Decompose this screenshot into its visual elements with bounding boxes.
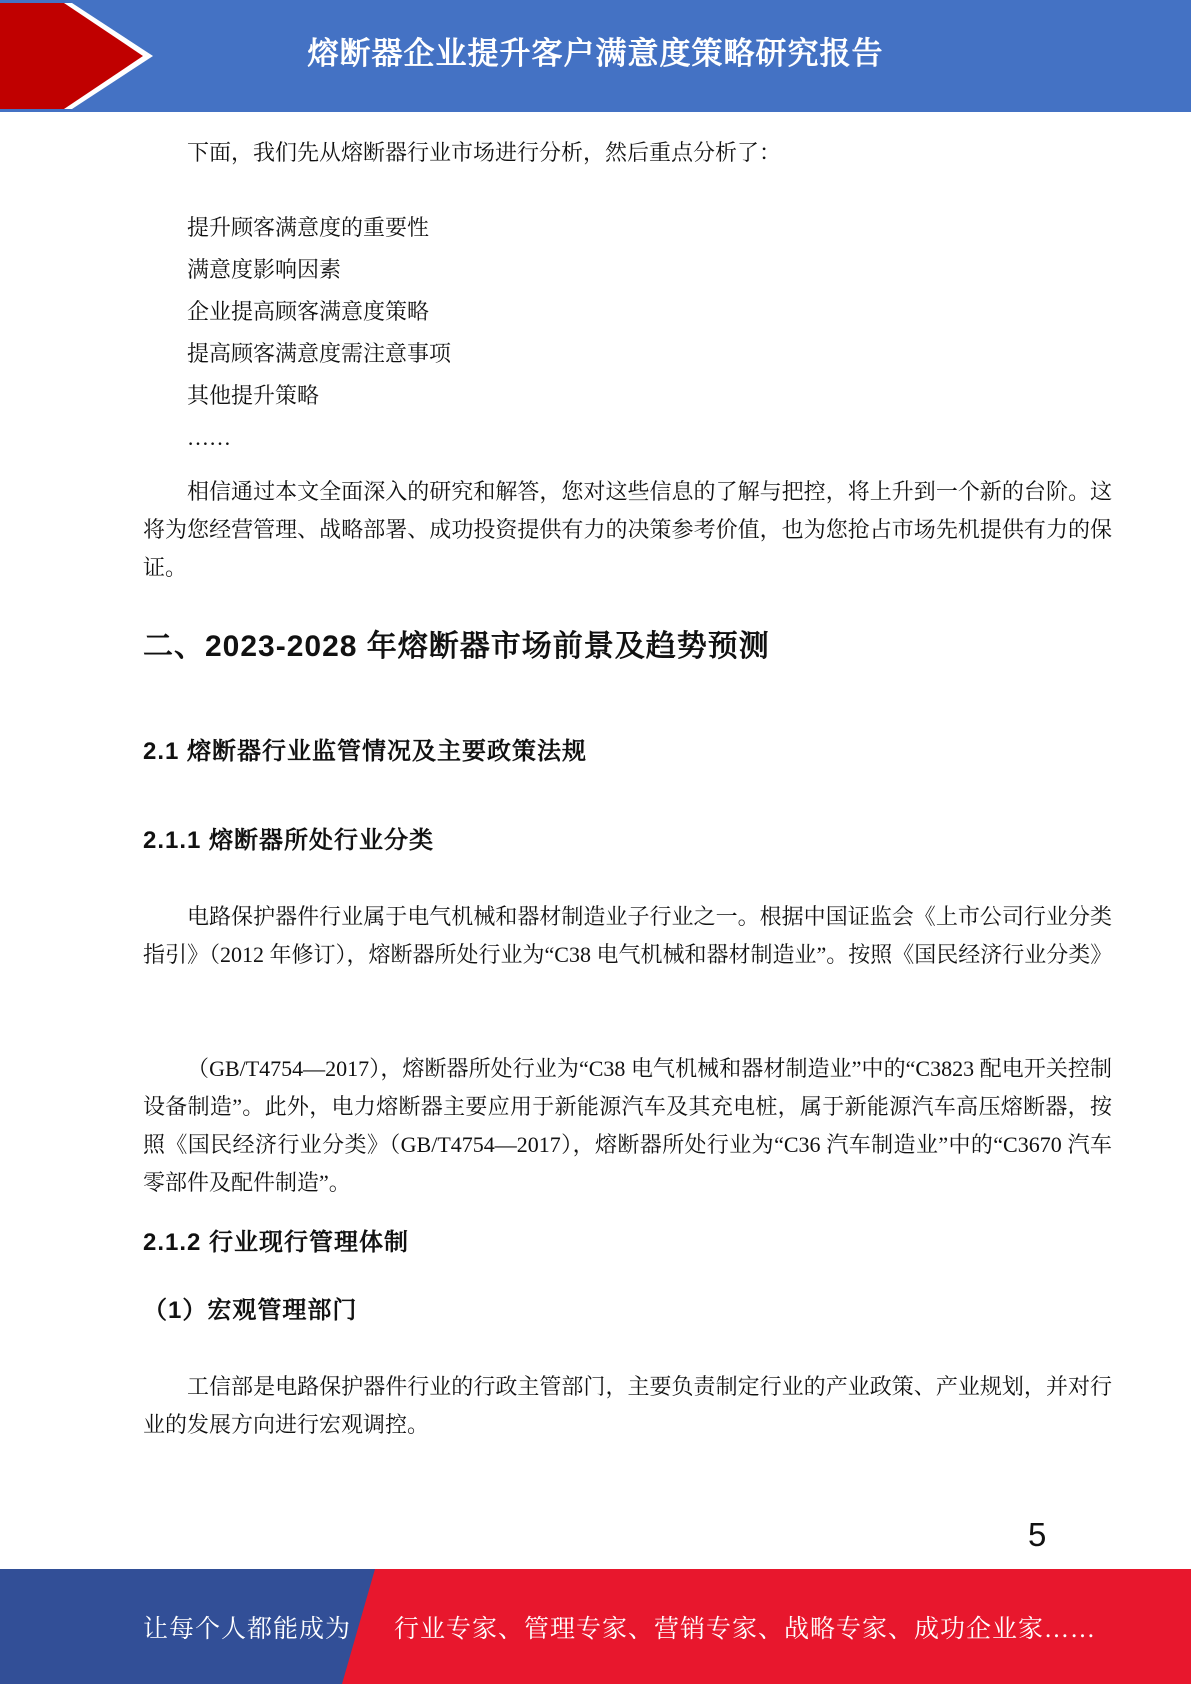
section-heading-2-1-2: 2.1.2 行业现行管理体制 [143,1229,1112,1257]
section-heading-2-1: 2.1 熔断器行业监管情况及主要政策法规 [143,738,1112,766]
document-page: 熔断器企业提升客户满意度策略研究报告 下面，我们先从熔断器行业市场进行分析，然后… [0,0,1191,1684]
list-item: 其他提升策略 [143,375,1112,417]
industry-classification-paragraph-1: 电路保护器件行业属于电气机械和器材制造业子行业之一。根据中国证监会《上市公司行业… [143,898,1112,974]
chapter-heading: 二、2023-2028 年熔断器市场前景及趋势预测 [143,630,1112,664]
section-heading-2-1-1: 2.1.1 熔断器所处行业分类 [143,827,1112,855]
report-title: 熔断器企业提升客户满意度策略研究报告 [0,0,1191,100]
industry-classification-paragraph-2: （GB/T4754—2017），熔断器所处行业为“C38 电气机械和器材制造业”… [143,1050,1112,1202]
list-item: 提高顾客满意度需注意事项 [143,333,1112,375]
list-item: 满意度影响因素 [143,249,1112,291]
footer-slogan-right: 行业专家、管理专家、营销专家、战略专家、成功企业家…… [394,1569,1096,1684]
page-header: 熔断器企业提升客户满意度策略研究报告 [0,0,1191,112]
footer-slogan-left: 让每个人都能成为 [143,1569,351,1684]
list-item: …… [143,417,1112,459]
subsection-heading-macro: （1）宏观管理部门 [143,1297,1112,1325]
topic-list: 提升顾客满意度的重要性 满意度影响因素 企业提高顾客满意度策略 提高顾客满意度需… [143,207,1112,459]
page-number: 5 [1028,1516,1046,1554]
value-paragraph: 相信通过本文全面深入的研究和解答，您对这些信息的了解与把控，将上升到一个新的台阶… [143,473,1112,587]
list-item: 提升顾客满意度的重要性 [143,207,1112,249]
list-item: 企业提高顾客满意度策略 [143,291,1112,333]
intro-paragraph: 下面，我们先从熔断器行业市场进行分析，然后重点分析了： [143,134,1112,172]
regulator-paragraph: 工信部是电路保护器件行业的行政主管部门，主要负责制定行业的产业政策、产业规划，并… [143,1368,1112,1444]
page-footer: 让每个人都能成为 行业专家、管理专家、营销专家、战略专家、成功企业家…… [0,1569,1191,1684]
